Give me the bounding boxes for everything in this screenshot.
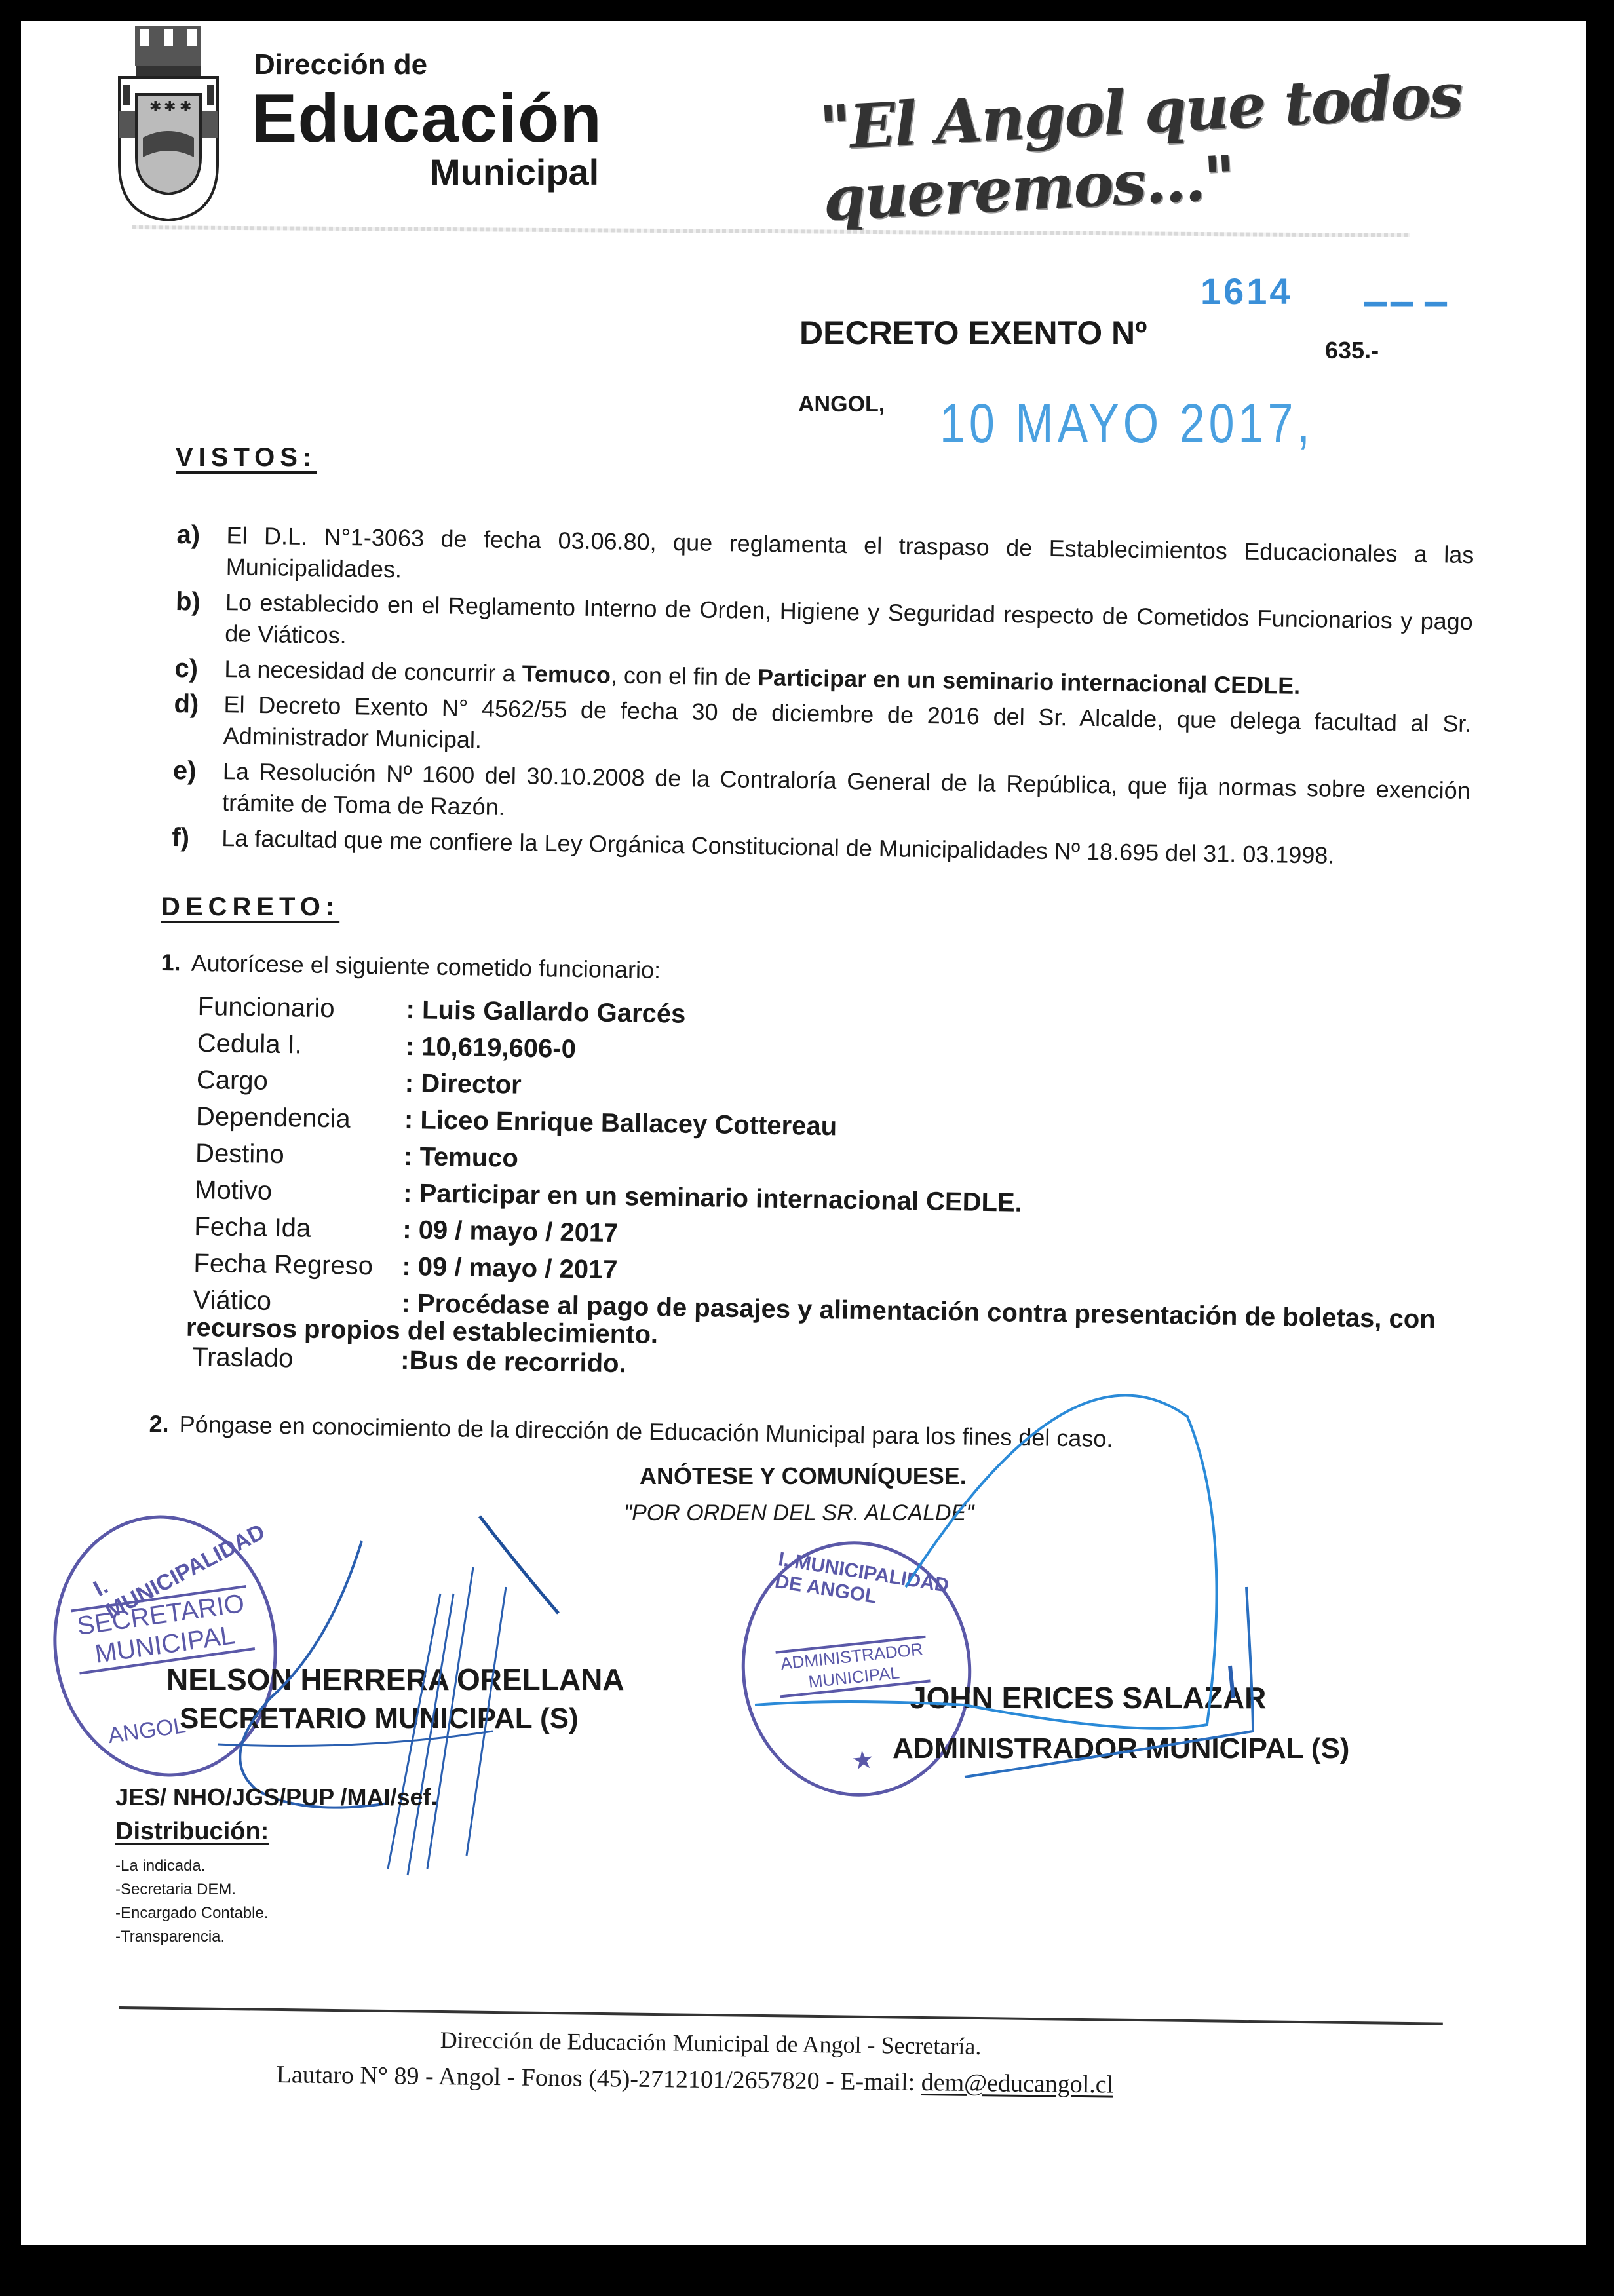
item-label: c) xyxy=(174,653,225,685)
commission-fields: Funcionario: Luis Gallardo Garcés Cedula… xyxy=(192,992,1463,1399)
field-label: Dependencia xyxy=(196,1102,405,1135)
purpose-emphasis: Participar en un seminario internacional… xyxy=(758,664,1301,699)
decree-place: ANGOL, xyxy=(798,392,885,417)
field-value: : 09 / mayo / 2017 xyxy=(402,1215,619,1248)
field-label: Motivo xyxy=(195,1176,404,1208)
field-value: : Liceo Enrique Ballacey Cottereau xyxy=(404,1105,837,1141)
item-label: a) xyxy=(176,519,226,583)
vistos-heading: VISTOS: xyxy=(176,443,317,472)
signer-2-title: ADMINISTRADOR MUNICIPAL (S) xyxy=(893,1732,1349,1765)
decreto-heading: DECRETO: xyxy=(161,892,339,922)
distribution-heading: Distribución: xyxy=(115,1818,269,1846)
header-divider xyxy=(132,225,1410,237)
distribution-list: -La indicada. -Secretaria DEM. -Encargad… xyxy=(115,1854,268,1949)
field-value: : Director xyxy=(404,1069,521,1100)
field-value: : 10,619,606-0 xyxy=(405,1032,576,1064)
date-stamp: 10 MAYO 2017, xyxy=(940,392,1314,455)
field-label: Cedula I. xyxy=(197,1029,406,1062)
footer-email-link[interactable]: dem@educangol.cl xyxy=(921,2069,1113,2099)
registry-stamp-number: 1614 xyxy=(1201,270,1293,313)
field-value: : Luis Gallardo Garcés xyxy=(406,995,685,1029)
footer-address: Lautaro N° 89 - Angol - Fonos (45)-27121… xyxy=(276,2061,921,2096)
item-text-part: , con el fin de xyxy=(611,661,758,691)
motto: "El Angol que todos queremos..." xyxy=(818,53,1586,235)
decree-number: 635.- xyxy=(1325,337,1379,364)
list-item: -Encargado Contable. xyxy=(115,1902,268,1925)
municipal-coat-of-arms-icon: ✱ ✱ ✱ xyxy=(117,26,220,221)
secretary-seal: I. MUNICIPALIDAD SECRETARIO MUNICIPAL AN… xyxy=(37,1501,294,1791)
item-label: f) xyxy=(172,822,222,854)
seal-ring-text: I. MUNICIPALIDAD DE ANGOL xyxy=(773,1548,961,1621)
by-order-note: "POR ORDEN DEL SR. ALCALDE" xyxy=(624,1501,974,1526)
registry-stamp-marks: ▂▂ ▂▂ ▂▂ xyxy=(1364,290,1447,307)
org-name-line2: Educación xyxy=(252,80,602,158)
decreto-item-2: 2.Póngase en conocimiento de la direcció… xyxy=(149,1410,1113,1453)
footer-org: Dirección de Educación Municipal de Ango… xyxy=(440,2026,981,2060)
item-text: Póngase en conocimiento de la dirección … xyxy=(179,1411,1113,1452)
list-item: -Secretaria DEM. xyxy=(115,1878,268,1902)
field-label: Traslado xyxy=(192,1343,401,1375)
item-text: Autorícese el siguiente cometido funcion… xyxy=(191,949,661,984)
item-text-part: La necesidad de concurrir a xyxy=(224,655,522,687)
item-label: d) xyxy=(173,688,223,752)
item-label: b) xyxy=(175,586,225,649)
org-name-line1: Dirección de xyxy=(254,48,427,81)
svg-text:✱: ✱ xyxy=(149,98,161,115)
destination-emphasis: Temuco xyxy=(522,660,611,688)
list-item: -La indicada. xyxy=(115,1854,268,1878)
field-label: Fecha Ida xyxy=(194,1212,403,1245)
signer-1-title: SECRETARIO MUNICIPAL (S) xyxy=(180,1702,579,1735)
footer-divider xyxy=(119,2006,1443,2025)
decree-title: DECRETO EXENTO Nº xyxy=(799,314,1147,352)
seal-center-text: ADMINISTRADOR MUNICIPAL xyxy=(775,1636,930,1698)
field-value: : Temuco xyxy=(404,1142,519,1174)
closing-formula: ANÓTESE Y COMUNÍQUESE. xyxy=(640,1463,967,1490)
org-name-line3: Municipal xyxy=(430,151,599,193)
field-label: Destino xyxy=(195,1139,404,1172)
field-value: :Bus de recorrido. xyxy=(400,1346,626,1379)
initials-line: JES/ NHO/JGS/PUP /MAI/sef. xyxy=(115,1784,437,1811)
field-label: Funcionario xyxy=(197,992,406,1025)
field-label: Fecha Regreso xyxy=(193,1249,402,1282)
item-label: e) xyxy=(172,755,223,818)
field-value: : 09 / mayo / 2017 xyxy=(402,1252,618,1285)
item-number: 1. xyxy=(161,949,181,976)
administrator-seal: I. MUNICIPALIDAD DE ANGOL ADMINISTRADOR … xyxy=(729,1530,984,1808)
signer-1-name: NELSON HERRERA ORELLANA xyxy=(166,1662,624,1697)
seal-ring-bottom: ANGOL xyxy=(107,1713,187,1749)
footer-contact: Lautaro N° 89 - Angol - Fonos (45)-27121… xyxy=(276,2060,1113,2099)
seal-star-icon: ★ xyxy=(852,1746,874,1774)
field-label: Cargo xyxy=(197,1065,406,1098)
svg-text:✱: ✱ xyxy=(164,98,176,115)
item-number: 2. xyxy=(149,1410,169,1437)
svg-text:✱: ✱ xyxy=(180,98,191,115)
list-item: -Transparencia. xyxy=(115,1925,268,1949)
document-page: ✱ ✱ ✱ Dirección de Educación Municipal "… xyxy=(21,21,1586,2245)
vistos-list: a) El D.L. N°1-3063 de fecha 03.06.80, q… xyxy=(172,519,1474,877)
decreto-item-1: 1.Autorícese el siguiente cometido funci… xyxy=(161,949,661,984)
signer-2-name: JOHN ERICES SALAZAR xyxy=(910,1680,1266,1715)
